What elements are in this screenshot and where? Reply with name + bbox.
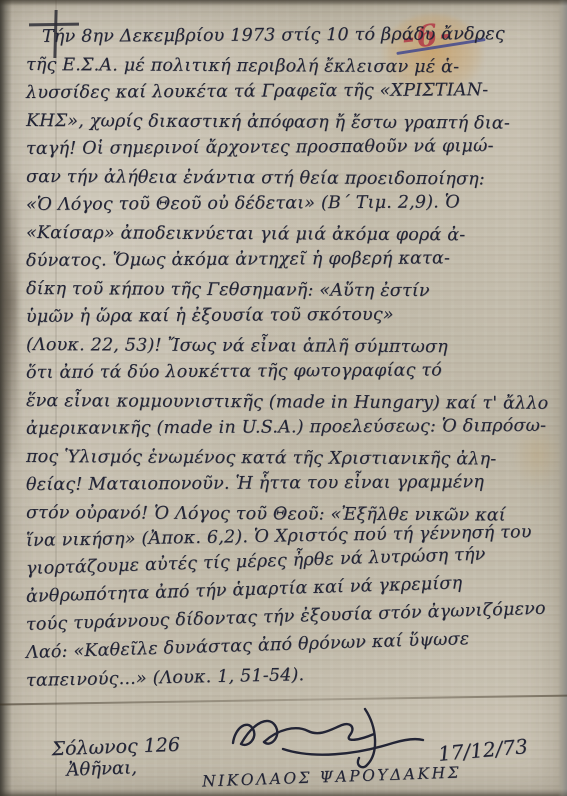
- letter-line: «Ὁ Λόγος τοῦ Θεοῦ οὐ δέδεται» (Β΄ Τιμ. 2…: [26, 188, 546, 219]
- letter-date: 17/12/73: [437, 734, 529, 766]
- letter-line: θείας! Ματαιοπονοῦν. Ἡ ἧττα του εἶναι γρ…: [26, 468, 546, 499]
- scan-edge-bottom: [0, 789, 567, 796]
- letter-line: Τήν 8ην Δεκεμβρίου 1973 στίς 10 τό βράδυ…: [26, 20, 546, 51]
- letter-scan: -6- Τήν 8ην Δεκεμβρίου 1973 στίς 10 τό β…: [0, 0, 567, 796]
- address-city: Ἀθῆναι,: [52, 756, 181, 781]
- letter-line: ὑμῶν ἡ ὥρα καί ἡ ἐξουσία τοῦ σκότους»: [26, 300, 546, 331]
- handwritten-signature: [225, 703, 435, 771]
- margin-smudge: [2, 170, 17, 460]
- letter-line: ταγή! Οἱ σημερινοί ἄρχοντες προσπαθοῦν ν…: [26, 132, 546, 163]
- letter-line: λυσσίδες καί λουκέτα τά Γραφεῖα τῆς «ΧΡΙ…: [26, 76, 546, 107]
- sender-address: Σόλωνος 126 Ἀθῆναι,: [51, 734, 181, 781]
- letter-line: δύνατος. Ὅμως ἀκόμα ἀντηχεῖ ἡ φοβερή κατ…: [26, 244, 546, 275]
- letter-line: ὅτι ἀπό τά δύο λουκέττα τῆς φωτογραφίας …: [26, 356, 546, 387]
- address-street: Σόλωνος 126: [51, 734, 180, 760]
- letter-body: Τήν 8ην Δεκεμβρίου 1973 στίς 10 τό βράδυ…: [26, 23, 546, 695]
- scan-edge-right: [558, 0, 567, 796]
- letter-line: ἀμερικανικῆς (made in U.S.A.) προελεύσεω…: [26, 412, 546, 443]
- scan-edge-top: [0, 0, 567, 6]
